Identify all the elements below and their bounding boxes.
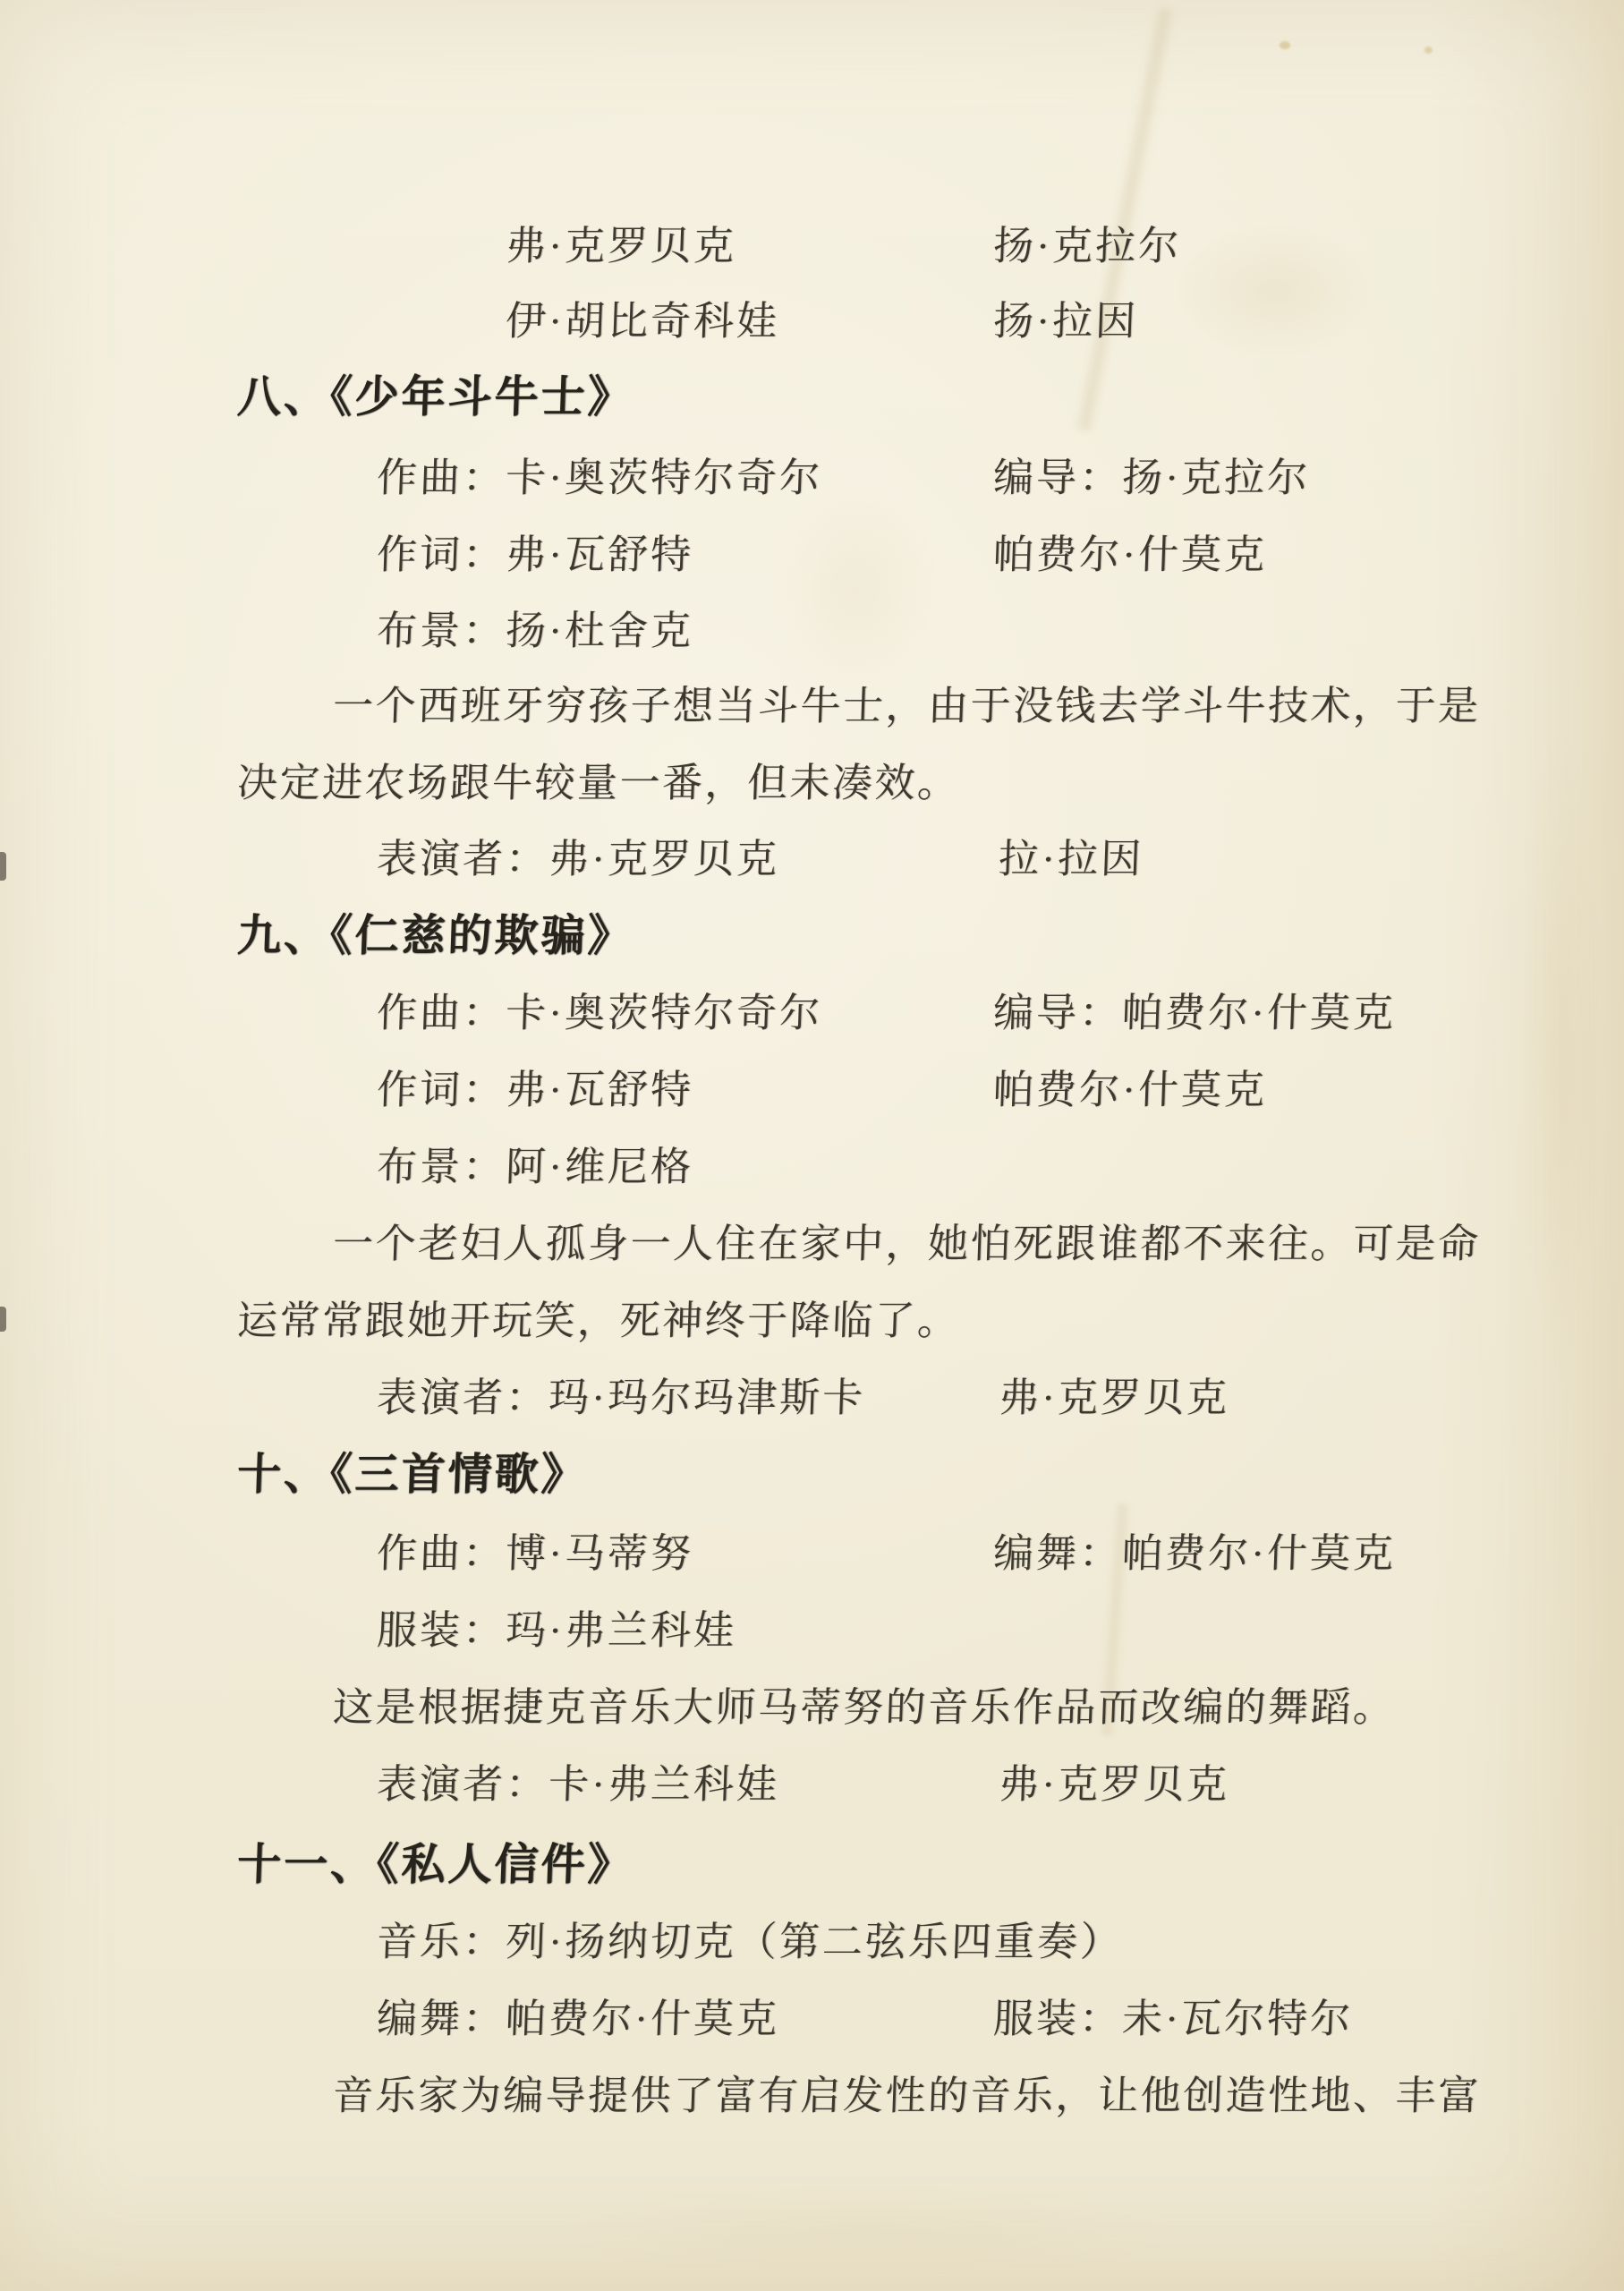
credit-left: 作曲：博·马蒂努: [376, 1530, 694, 1577]
synopsis-line: 一个老妇人孤身一人住在家中，她怕死跟谁都不来往。可是命: [332, 1221, 1481, 1267]
paper-speck: [1424, 47, 1433, 54]
credit-right: 编舞：帕费尔·什莫克: [992, 1530, 1397, 1577]
credit-left: 编舞：帕费尔·什莫克: [376, 1996, 780, 2042]
credit-right: 帕费尔·什莫克: [992, 532, 1268, 578]
performers-line: 弗·克罗贝克: [998, 1375, 1230, 1421]
paper-stain-bottom: [555, 2184, 1181, 2282]
cast-name: 扬·克拉尔: [992, 223, 1182, 269]
credit-right: 服装：未·瓦尔特尔: [992, 1996, 1354, 2042]
synopsis-line: 这是根据捷克音乐大师马蒂努的音乐作品而改编的舞蹈。: [332, 1684, 1396, 1731]
performers-line: 弗·克罗贝克: [998, 1761, 1230, 1808]
cast-name: 伊·胡比奇科娃: [505, 298, 780, 345]
cast-name: 弗·克罗贝克: [505, 223, 737, 269]
credit-left: 作曲：卡·奥茨特尔奇尔: [376, 990, 823, 1036]
paper-speck: [1280, 41, 1290, 49]
performers-line: 表演者：玛·玛尔玛津斯卡: [376, 1375, 866, 1421]
paper-stain-middle: [769, 483, 940, 698]
paper-stain-right-edge: [1521, 734, 1602, 1378]
credit-left: 布景：扬·杜舍克: [376, 608, 694, 654]
credit-left: 服装：玛·弗兰科娃: [376, 1607, 737, 1654]
scanned-program-page: 弗·克罗贝克 扬·克拉尔 伊·胡比奇科娃 扬·拉因 八、《少年斗牛士》 作曲：卡…: [0, 0, 1624, 2291]
performers-line: 拉·拉因: [998, 836, 1144, 882]
section-heading: 十、《三首情歌》: [236, 1452, 588, 1498]
credit-left: 布景：阿·维尼格: [376, 1144, 694, 1190]
cast-name: 扬·拉因: [992, 298, 1139, 345]
section-heading: 十一、《私人信件》: [236, 1842, 634, 1888]
credit-right: 编导：扬·克拉尔: [992, 455, 1311, 501]
section-heading: 八、《少年斗牛士》: [236, 374, 634, 421]
credit-left: 作曲：卡·奥茨特尔奇尔: [376, 455, 823, 501]
credit-right: 编导：帕费尔·什莫克: [992, 990, 1397, 1036]
synopsis-line: 运常常跟她开玩笑，死神终于降临了。: [236, 1298, 960, 1344]
performers-line: 表演者：卡·弗兰科娃: [376, 1761, 780, 1808]
scan-edge-mark: [0, 852, 6, 881]
section-heading: 九、《仁慈的欺骗》: [236, 913, 634, 959]
paper-crease-top-right: [1073, 7, 1178, 433]
synopsis-line: 一个西班牙穷孩子想当斗牛士，由于没钱去学斗牛技术，于是: [332, 683, 1481, 729]
scan-edge-mark: [0, 1307, 6, 1332]
performers-line: 表演者：弗·克罗贝克: [376, 836, 780, 882]
credit-left: 作词：弗·瓦舒特: [376, 532, 694, 578]
synopsis-line: 决定进农场跟牛较量一番，但未凑效。: [236, 760, 960, 806]
credit-right: 帕费尔·什莫克: [992, 1067, 1268, 1113]
credit-left: 音乐：列·扬纳切克（第二弦乐四重奏）: [376, 1919, 1124, 1965]
paper-stain-top-right: [1172, 224, 1378, 358]
synopsis-line: 音乐家为编导提供了富有启发性的音乐，让他创造性地、丰富: [332, 2073, 1481, 2119]
credit-left: 作词：弗·瓦舒特: [376, 1067, 694, 1113]
